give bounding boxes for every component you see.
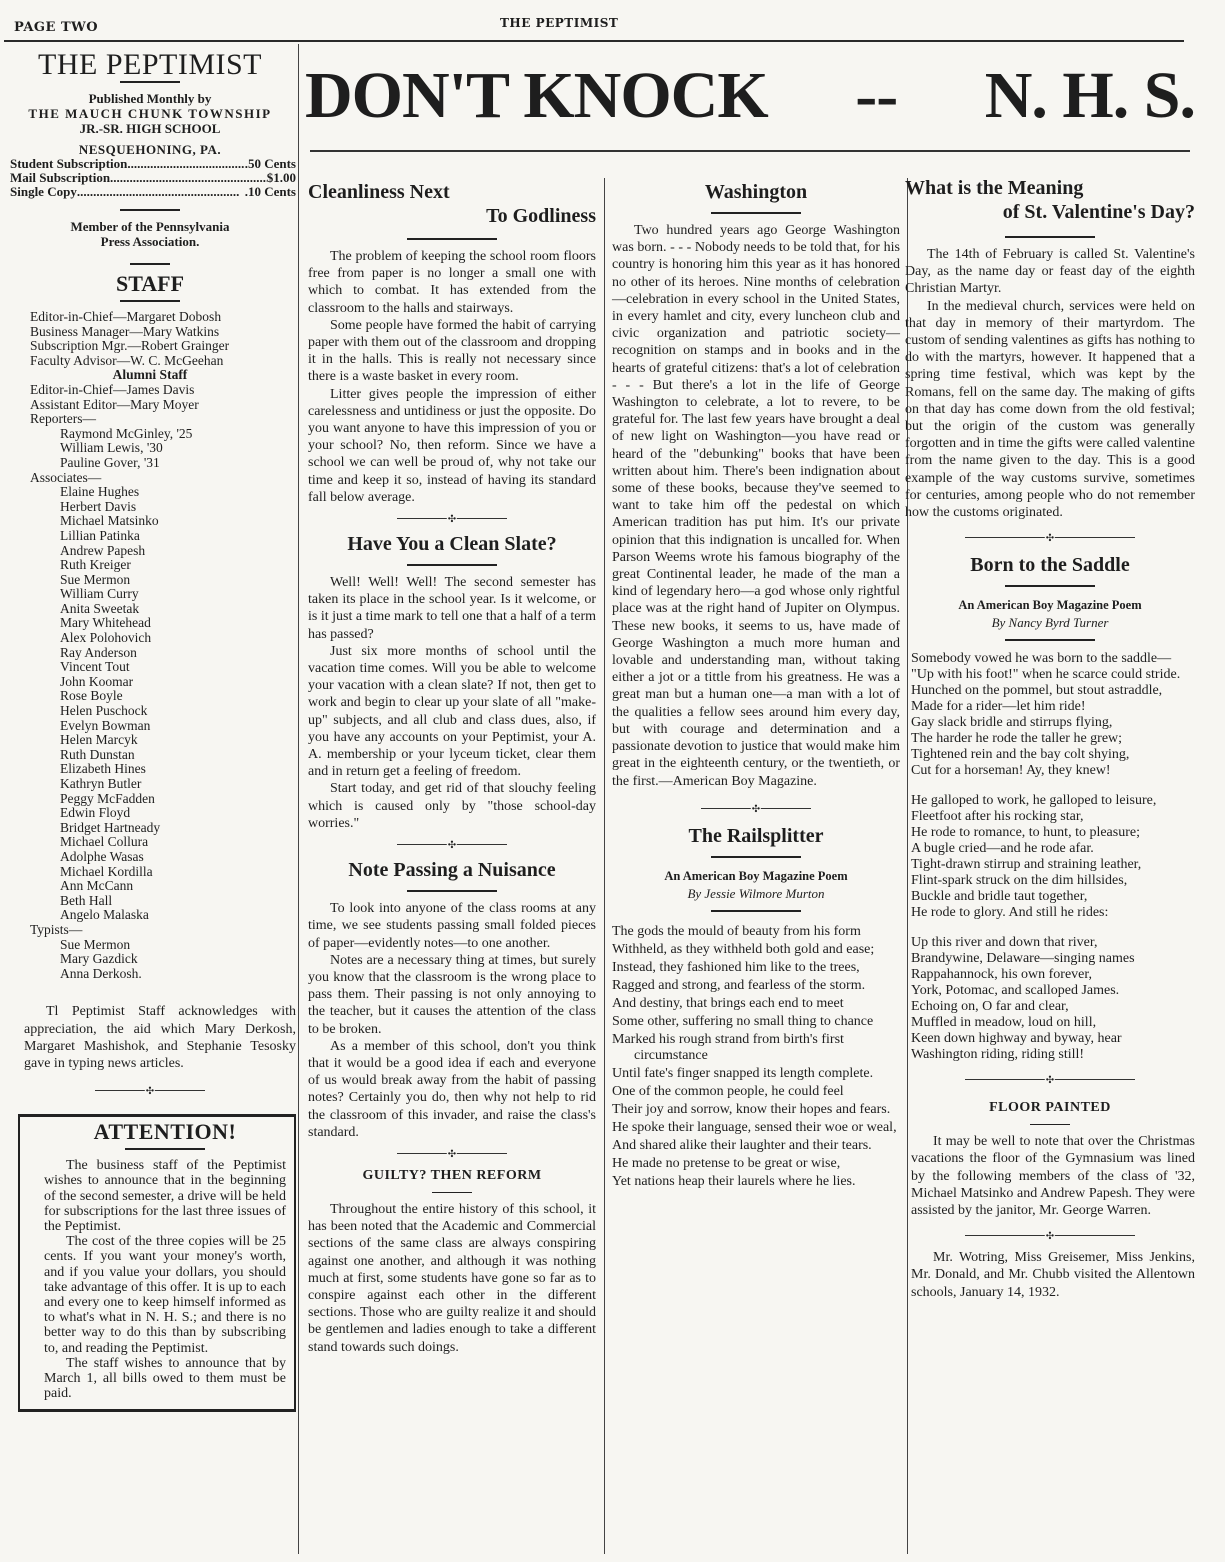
staff-entry: Ray Anderson [30, 646, 296, 661]
staff-entry: Helen Puschock [30, 704, 296, 719]
poem-line: Marked his rough strand from birth's fir… [612, 1032, 900, 1064]
divider [120, 81, 180, 83]
staff-entry: Michael Collura [30, 835, 296, 850]
staff-entry: Bridget Hartneady [30, 821, 296, 836]
poem-line: He rode to glory. And still he rides: [911, 905, 1195, 921]
divider [407, 564, 497, 566]
paragraph: Some people have formed the habit of car… [308, 317, 596, 386]
ornament-divider: ✣ [965, 1231, 1135, 1241]
poem-line: He galloped to work, he galloped to leis… [911, 793, 1195, 809]
staff-entry: Elizabeth Hines [30, 762, 296, 777]
poem-line: Their joy and sorrow, know their hopes a… [612, 1102, 900, 1118]
staff-entry: Michael Kordilla [30, 865, 296, 880]
staff-entry: Business Manager—Mary Watkins [30, 325, 296, 340]
paragraph: It may be well to note that over the Chr… [911, 1133, 1195, 1219]
staff-entry: Peggy McFadden [30, 792, 296, 807]
staff-entry: Mary Gazdick [30, 952, 296, 967]
staff-entry: Ruth Dunstan [30, 748, 296, 763]
masthead-title: THE PEPTIMIST [4, 56, 296, 73]
column-divider [604, 178, 605, 1554]
staff-entry: Ruth Kreiger [30, 558, 296, 573]
poem-subtitle: An American Boy Magazine Poem [905, 597, 1195, 614]
poem-body: The gods the mould of beauty from his fo… [612, 924, 900, 1190]
staff-entry: Vincent Tout [30, 660, 296, 675]
article-title: FLOOR PAINTED [905, 1099, 1195, 1116]
article-body: It may be well to note that over the Chr… [911, 1133, 1195, 1219]
divider [407, 890, 497, 892]
article-title: What is the Meaning of St. Valentine's D… [905, 176, 1195, 224]
paragraph: Just six more months of school until the… [308, 643, 596, 781]
poem-line: He made no pretense to be great or wise, [612, 1156, 900, 1172]
column-divider [298, 44, 299, 1554]
poem-line: Instead, they fashioned him like to the … [612, 960, 900, 976]
staff-entry: Andrew Papesh [30, 544, 296, 559]
page-number-label: PAGE TWO [14, 20, 98, 35]
column-2: Cleanliness Next To Godliness The proble… [308, 180, 596, 1356]
ornament-divider: ✣ [397, 1149, 507, 1159]
article-title: Born to the Saddle [905, 553, 1195, 577]
staff-group-label: Reporters— [30, 412, 296, 427]
staff-entry: Editor-in-Chief—Margaret Dobosh [30, 310, 296, 325]
paragraph: The staff wishes to announce that by Mar… [44, 1356, 286, 1402]
poem-line: Ragged and strong, and fearless of the s… [612, 978, 900, 994]
staff-entry: Anita Sweetak [30, 602, 296, 617]
paragraph: Two hundred years ago George Washington … [612, 222, 900, 790]
visit-note: Mr. Wotring, Miss Greisemer, Miss Jenkin… [911, 1249, 1195, 1301]
poem-line: Fleetfoot after his rocking star, [911, 809, 1195, 825]
staff-entry: Beth Hall [30, 894, 296, 909]
poem-line: One of the common people, he could feel [612, 1084, 900, 1100]
article-title: GUILTY? THEN REFORM [308, 1167, 596, 1184]
paragraph: Throughout the entire history of this sc… [308, 1201, 596, 1356]
acknowledgement: Tl Peptimist Staff acknowledges with app… [24, 1003, 296, 1072]
poem-line: Cut for a horseman! Ay, they knew! [911, 763, 1195, 779]
poem-body: Somebody vowed he was born to the saddle… [911, 651, 1195, 1063]
divider [120, 209, 180, 211]
divider [711, 212, 801, 214]
attention-title: ATTENTION! [44, 1123, 286, 1140]
staff-entry: Mary Whitehead [30, 616, 296, 631]
divider [125, 1148, 205, 1150]
poem-line: Made for a rider—let him ride! [911, 699, 1195, 715]
staff-entry: Kathryn Butler [30, 777, 296, 792]
staff-entry: Raymond McGinley, '25 [30, 427, 296, 442]
banner-headline: DON'T KNOCK -- N. H. S. [305, 58, 1195, 150]
staff-group-label: Typists— [30, 923, 296, 938]
staff-entry: John Koomar [30, 675, 296, 690]
divider [432, 1192, 472, 1193]
rate-row: Single Copy.............................… [10, 185, 296, 199]
paragraph: Well! Well! Well! The second semester ha… [308, 574, 596, 643]
paragraph: In the medieval church, services were he… [905, 298, 1195, 522]
poem-line: Yet nations heap their laurels where he … [612, 1174, 900, 1190]
staff-entry: Michael Matsinko [30, 514, 296, 529]
poem-line: Brandywine, Delaware—singing names [911, 951, 1195, 967]
header-rule [4, 40, 1184, 42]
poem-line: Washington riding, riding still! [911, 1047, 1195, 1063]
staff-entry: Assistant Editor—Mary Moyer [30, 398, 296, 413]
poem-line: He rode to romance, to hunt, to pleasure… [911, 825, 1195, 841]
divider [120, 300, 180, 302]
divider [1005, 639, 1095, 641]
paragraph: The business staff of the Peptimist wish… [44, 1158, 286, 1234]
staff-entry: Lillian Patinka [30, 529, 296, 544]
poem-line: He spoke their language, sensed their wo… [612, 1120, 900, 1136]
article-title: Note Passing a Nuisance [308, 858, 596, 882]
poem-line: Some other, suffering no small thing to … [612, 1014, 900, 1030]
article-body: Throughout the entire history of this sc… [308, 1201, 596, 1356]
poem-line: A bugle cried—and he rode afar. [911, 841, 1195, 857]
paragraph: As a member of this school, don't you th… [308, 1038, 596, 1141]
attention-body: The business staff of the Peptimist wish… [44, 1158, 286, 1401]
staff-entry: William Lewis, '30 [30, 441, 296, 456]
banner-part-2: N. H. S. [985, 58, 1195, 134]
masthead-column: THE PEPTIMIST Published Monthly by THE M… [4, 44, 296, 1412]
poem-line: The gods the mould of beauty from his fo… [612, 924, 900, 940]
poem-line: Tight-drawn stirrup and straining leathe… [911, 857, 1195, 873]
article-body: The 14th of February is called St. Valen… [905, 246, 1195, 521]
column-4: What is the Meaning of St. Valentine's D… [905, 176, 1195, 1301]
poem-line: Hunched on the pommel, but stout astradd… [911, 683, 1195, 699]
ornament-divider: ✣ [701, 804, 811, 814]
staff-entry: Herbert Davis [30, 500, 296, 515]
article-title: The Railsplitter [612, 824, 900, 848]
rate-row: Mail Subscription.......................… [10, 171, 296, 185]
poem-line: And shared alike their laughter and thei… [612, 1138, 900, 1154]
rate-row: Student Subscription....................… [10, 157, 296, 171]
divider [1005, 236, 1095, 238]
paragraph: To look into anyone of the class rooms a… [308, 900, 596, 952]
divider [1030, 1124, 1070, 1125]
poem-line: Muffled in meadow, loud on hill, [911, 1015, 1195, 1031]
banner-dash: -- [855, 58, 897, 134]
staff-entry: Pauline Gover, '31 [30, 456, 296, 471]
staff-heading: STAFF [4, 275, 296, 292]
ornament-divider: ✣ [965, 1075, 1135, 1085]
poem-line: "Up with his foot!" when he scarce could… [911, 667, 1195, 683]
divider [407, 238, 497, 240]
staff-entry: William Curry [30, 587, 296, 602]
poem-line: Gay slack bridle and stirrups flying, [911, 715, 1195, 731]
staff-entry: Ann McCann [30, 879, 296, 894]
page-header: PAGE TWO THE PEPTIMIST [0, 0, 1225, 40]
poem-line: Withheld, as they withheld both gold and… [612, 942, 900, 958]
banner-part-1: DON'T KNOCK [305, 58, 768, 134]
staff-entry: Elaine Hughes [30, 485, 296, 500]
ornament-divider: ✣ [965, 533, 1135, 543]
staff-entry: Faculty Advisor—W. C. McGeehan [30, 354, 296, 369]
article-body: To look into anyone of the class rooms a… [308, 900, 596, 1141]
poem-line: Echoing on, O far and clear, [911, 999, 1195, 1015]
article-title: Cleanliness Next To Godliness [308, 180, 596, 228]
divider [1005, 585, 1095, 587]
staff-entry: Editor-in-Chief—James Davis [30, 383, 296, 398]
paragraph: Litter gives people the impression of ei… [308, 386, 596, 506]
staff-entry: Subscription Mgr.—Robert Grainger [30, 339, 296, 354]
poem-line: Flint-spark struck on the dim hillsides, [911, 873, 1195, 889]
column-3: Washington Two hundred years ago George … [612, 180, 900, 1192]
poem-line: Tightened rein and the bay colt shying, [911, 747, 1195, 763]
ornament-divider: ✣ [95, 1086, 205, 1096]
ornament-divider: ✣ [397, 840, 507, 850]
poem-line: And destiny, that brings each end to mee… [612, 996, 900, 1012]
divider [711, 910, 801, 912]
attention-notice: ATTENTION! The business staff of the Pep… [18, 1114, 296, 1412]
paragraph: Start today, and get rid of that slouchy… [308, 780, 596, 832]
paragraph: Notes are a necessary thing at times, bu… [308, 952, 596, 1038]
stanza-gap [911, 779, 1195, 793]
banner-rule [310, 150, 1190, 152]
poem-line: York, Potomac, and scalloped James. [911, 983, 1195, 999]
poem-byline: By Jessie Wilmore Murton [612, 885, 900, 902]
divider [711, 856, 801, 858]
poem-line: Somebody vowed he was born to the saddle… [911, 651, 1195, 667]
staff-entry: Helen Marcyk [30, 733, 296, 748]
poem-line: Buckle and bridle taut together, [911, 889, 1195, 905]
poem-line: The harder he rode the taller he grew; [911, 731, 1195, 747]
staff-entry: Sue Mermon [30, 938, 296, 953]
staff-list: Editor-in-Chief—Margaret DoboshBusiness … [30, 310, 296, 981]
paragraph: The cost of the three copies will be 25 … [44, 1234, 286, 1356]
press-association: Member of the Pennsylvania Press Associa… [4, 219, 296, 249]
article-body: Well! Well! Well! The second semester ha… [308, 574, 596, 832]
paragraph: The 14th of February is called St. Valen… [905, 246, 1195, 298]
staff-entry: Angelo Malaska [30, 908, 296, 923]
poem-line: Rappahannock, his own forever, [911, 967, 1195, 983]
staff-group-label: Associates— [30, 471, 296, 486]
article-body: Two hundred years ago George Washington … [612, 222, 900, 790]
running-head: THE PEPTIMIST [500, 16, 618, 30]
poem-line: Keen down highway and byway, hear [911, 1031, 1195, 1047]
staff-entry: Sue Mermon [30, 573, 296, 588]
divider [130, 263, 170, 265]
staff-entry: Anna Derkosh. [30, 967, 296, 982]
subscription-rates: Student Subscription....................… [10, 157, 296, 199]
ornament-divider: ✣ [397, 514, 507, 524]
poem-byline: By Nancy Byrd Turner [905, 614, 1195, 631]
article-body: The problem of keeping the school room f… [308, 248, 596, 506]
poem-line: Until fate's finger snapped its length c… [612, 1066, 900, 1082]
staff-entry: Edwin Floyd [30, 806, 296, 821]
publisher-info: Published Monthly by THE MAUCH CHUNK TOW… [4, 91, 296, 157]
staff-entry: Adolphe Wasas [30, 850, 296, 865]
paragraph: The problem of keeping the school room f… [308, 248, 596, 317]
poem-line: Up this river and down that river, [911, 935, 1195, 951]
staff-entry: Rose Boyle [30, 689, 296, 704]
staff-entry: Evelyn Bowman [30, 719, 296, 734]
staff-entry: Alex Polohovich [30, 631, 296, 646]
stanza-gap [911, 921, 1195, 935]
article-title: Have You a Clean Slate? [308, 532, 596, 556]
article-title: Washington [612, 180, 900, 204]
staff-subheading: Alumni Staff [4, 368, 296, 383]
poem-subtitle: An American Boy Magazine Poem [612, 868, 900, 885]
